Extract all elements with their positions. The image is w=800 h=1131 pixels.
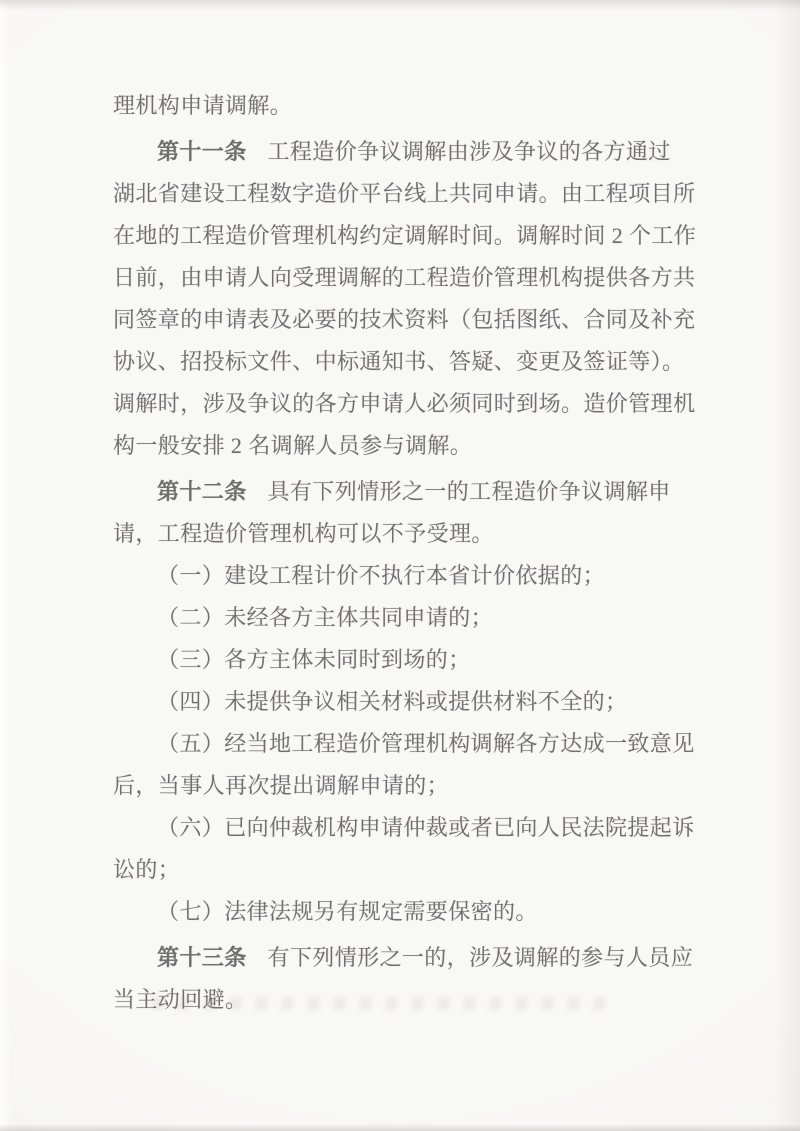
line-text: 同签章的申请表及必要的技术资料（包括图纸、合同及补充 [113,307,695,332]
line-text: 有下列情形之一的，涉及调解的参与人员应 [268,945,694,970]
line-text: （五）经当地工程造价管理机构调解各方达成一致意见 [157,731,695,756]
text-line: （二）未经各方主体共同申请的； [113,597,713,639]
line-text: 在地的工程造价管理机构约定调解时间。调解时间 2 个工作 [113,223,696,248]
text-line: 构一般安排 2 名调解人员参与调解。 [113,425,713,467]
text-line: 请，工程造价管理机构可以不予受理。 [113,513,713,555]
article-start-line: 第十二条具有下列情形之一的工程造价争议调解申 [113,471,713,513]
text-line: 调解时，涉及争议的各方申请人必须同时到场。造价管理机 [113,383,713,425]
article-number: 第十二条 [157,479,247,504]
line-text: 湖北省建设工程数字造价平台线上共同申请。由工程项目所 [113,181,695,206]
article-start-line: 第十三条有下列情形之一的，涉及调解的参与人员应 [113,937,713,979]
line-text: （四）未提供争议相关材料或提供材料不全的； [157,689,627,714]
text-line: （四）未提供争议相关材料或提供材料不全的； [113,681,713,723]
text-line: 日前，由申请人向受理调解的工程造价管理机构提供各方共 [113,257,713,299]
text-line: （一）建设工程计价不执行本省计价依据的； [113,555,713,597]
text-line: 同签章的申请表及必要的技术资料（包括图纸、合同及补充 [113,299,713,341]
line-text: 构一般安排 2 名调解人员参与调解。 [113,433,472,458]
text-line: 后，当事人再次提出调解申请的； [113,765,713,807]
article-number: 第十一条 [157,139,247,164]
line-text: 请，工程造价管理机构可以不予受理。 [113,521,494,546]
line-text: 具有下列情形之一的工程造价争议调解申 [268,479,671,504]
text-line: 当主动回避。 [113,979,713,1021]
text-line: （五）经当地工程造价管理机构调解各方达成一致意见 [113,723,713,765]
line-text: 协议、招投标文件、中标通知书、答疑、变更及签证等）。 [113,349,684,374]
line-text: （七）法律法规另有规定需要保密的。 [157,899,538,924]
article-number: 第十三条 [157,945,247,970]
document-body: 理机构申请调解。第十一条工程造价争议调解由涉及争议的各方通过湖北省建设工程数字造… [113,85,713,1021]
text-line: （三）各方主体未同时到场的； [113,639,713,681]
text-line: 协议、招投标文件、中标通知书、答疑、变更及签证等）。 [113,341,713,383]
text-line: （六）已向仲裁机构申请仲裁或者已向人民法院提起诉 [113,807,713,849]
article-start-line: 第十一条工程造价争议调解由涉及争议的各方通过 [113,131,713,173]
line-text: 后，当事人再次提出调解申请的； [113,773,449,798]
line-text: 调解时，涉及争议的各方申请人必须同时到场。造价管理机 [113,391,695,416]
text-line: 理机构申请调解。 [113,85,713,127]
line-text: 理机构申请调解。 [113,93,292,118]
line-text: （三）各方主体未同时到场的； [157,647,471,672]
line-text: 当主动回避。 [113,987,247,1012]
line-text: （二）未经各方主体共同申请的； [157,605,493,630]
line-text: 日前，由申请人向受理调解的工程造价管理机构提供各方共 [113,265,695,290]
text-line: （七）法律法规另有规定需要保密的。 [113,891,713,933]
line-text: 工程造价争议调解由涉及争议的各方通过 [268,139,671,164]
text-line: 讼的； [113,849,713,891]
line-text: （一）建设工程计价不执行本省计价依据的； [157,563,605,588]
text-line: 湖北省建设工程数字造价平台线上共同申请。由工程项目所 [113,173,713,215]
scanned-document-page: 理机构申请调解。第十一条工程造价争议调解由涉及争议的各方通过湖北省建设工程数字造… [0,0,800,1131]
text-line: 在地的工程造价管理机构约定调解时间。调解时间 2 个工作 [113,215,713,257]
line-text: （六）已向仲裁机构申请仲裁或者已向人民法院提起诉 [157,815,695,840]
line-text: 讼的； [113,857,180,882]
